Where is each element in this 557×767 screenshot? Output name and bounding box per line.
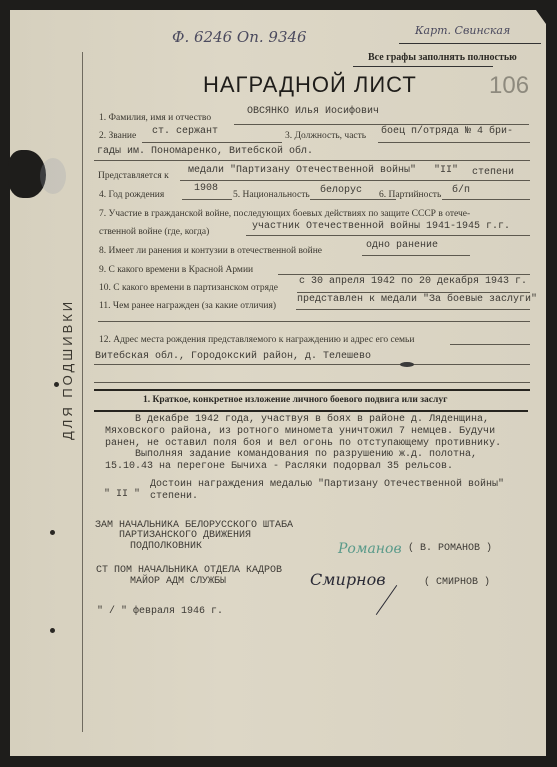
ink-blot: [400, 362, 414, 367]
narrative-line: Выполняя задание командования по разруше…: [105, 449, 477, 460]
conclusion-line: Достоин награждения медалью "Партизану О…: [150, 479, 504, 490]
field-8-value: одно ранение: [366, 240, 438, 251]
fill-instruction: Все графы заполнять полностью: [368, 52, 517, 63]
field-9-line: [278, 274, 530, 275]
narrative-line: 15.10.43 на перегоне Бычиха - Расляки по…: [105, 461, 453, 472]
field-8-line: [362, 255, 470, 256]
field-12-line-cont: [94, 364, 530, 365]
document-title: НАГРАДНОЙ ЛИСТ: [203, 72, 417, 98]
section-1-title: 1. Краткое, конкретное изложение личного…: [143, 395, 447, 405]
binding-label: ДЛЯ ПОДШИВКИ: [60, 280, 75, 440]
field-4-line: [182, 199, 232, 200]
binding-margin-line: [82, 52, 83, 732]
field-2-value: ст. сержант: [152, 126, 218, 137]
card-note: Карт. Свинская: [415, 24, 510, 37]
field-3-value-cont: гады им. Пономаренко, Витебской обл.: [97, 146, 313, 157]
field-10-line: [297, 292, 530, 293]
field-1-line: [234, 124, 529, 125]
field-5-label: 5. Национальность: [233, 190, 310, 200]
document-date: " / " февраля 1946 г.: [97, 606, 223, 617]
field-3-line: [378, 142, 530, 143]
field-1-label: 1. Фамилия, имя и отчество: [99, 113, 211, 123]
conclusion-line-2: степени.: [150, 491, 198, 502]
narrative-line: В декабре 1942 года, участвуя в боях в р…: [105, 414, 489, 425]
hr-name: ( СМИРНОВ ): [424, 577, 490, 588]
field-6-line: [442, 199, 530, 200]
section-divider-top: [94, 389, 530, 391]
field-12-line-extra: [94, 382, 530, 383]
field-12-label: 12. Адрес места рождения представляемого…: [99, 335, 414, 345]
binding-hole: [50, 530, 55, 535]
field-3-line-cont: [94, 160, 530, 161]
field-1-value: ОВСЯНКО Илья Иосифович: [247, 106, 379, 117]
deputy-signature: Романов: [338, 541, 402, 557]
field-12-value: Витебская обл., Городокский район, д. Те…: [95, 351, 371, 362]
award-degree: "II": [434, 165, 458, 176]
field-7-line: [246, 235, 530, 236]
hr-title-line: МАЙОР АДМ СЛУЖБЫ: [130, 576, 226, 587]
hr-title-line: СТ ПОМ НАЧАЛЬНИКА ОТДЕЛА КАДРОВ: [96, 565, 282, 576]
field-6-label: 6. Партийность: [379, 190, 441, 200]
section-divider-bottom: [94, 410, 528, 412]
narrative-line: Мяховского района, из ротного миномета у…: [105, 426, 495, 437]
field-4-label: 4. Год рождения: [99, 190, 164, 200]
field-3-value: боец п/отряда № 4 бри-: [381, 126, 513, 137]
field-5-value: белорус: [320, 185, 362, 196]
binding-hole: [54, 382, 59, 387]
binding-hole: [50, 628, 55, 633]
deputy-title-line: ПОДПОЛКОВНИК: [130, 541, 202, 552]
award-suffix: степени: [472, 167, 514, 178]
archive-reference: Ф. 6246 Оп. 9346: [172, 28, 307, 46]
field-3-label: 3. Должность, часть: [285, 131, 366, 141]
award-sheet: ДЛЯ ПОДШИВКИ Ф. 6246 Оп. 9346 Карт. Свин…: [10, 10, 546, 756]
field-7-label: 7. Участие в гражданской войне, последую…: [99, 209, 470, 219]
hr-signature: Смирнов: [310, 570, 386, 589]
field-4-value: 1908: [194, 183, 218, 194]
page-number: 106: [489, 72, 529, 100]
field-11-value: представлен к медали "За боевые заслуги": [297, 294, 537, 305]
field-11-line-cont: [98, 321, 530, 322]
signature-stroke: [376, 585, 397, 615]
award-label: Представляется к: [98, 171, 169, 181]
torn-corner: [536, 10, 546, 24]
field-11-label: 11. Чем ранее награжден (за какие отличи…: [99, 301, 276, 311]
field-6-value: б/п: [452, 185, 470, 196]
water-stain: [40, 158, 66, 194]
field-2-label: 2. Звание: [99, 131, 136, 141]
field-12-line: [450, 344, 530, 345]
narrative-line: ранен, не оставил поля боя и вел огонь п…: [105, 438, 501, 449]
field-10-label: 10. С какого времени в партизанском отря…: [99, 283, 278, 293]
field-7-label-cont: ственной войне (где, когда): [99, 227, 209, 237]
deputy-name: ( В. РОМАНОВ ): [408, 543, 492, 554]
field-8-label: 8. Имеет ли ранения и контузии в отечест…: [99, 246, 322, 256]
card-underline: [399, 43, 541, 44]
award-line: [180, 180, 530, 181]
field-9-label: 9. С какого времени в Красной Армии: [99, 265, 253, 275]
fill-instruction-underline: [353, 66, 493, 67]
field-7-value: участник Отечественной войны 1941-1945 г…: [252, 221, 510, 232]
field-10-value: с 30 апреля 1942 по 20 декабря 1943 г.: [299, 276, 527, 287]
field-11-line: [296, 309, 530, 310]
award-value: медали "Партизану Отечественной войны": [188, 165, 416, 176]
field-2-line: [142, 142, 282, 143]
conclusion-degree: " II ": [104, 489, 140, 500]
deputy-title-line: ПАРТИЗАНСКОГО ДВИЖЕНИЯ: [119, 530, 251, 541]
